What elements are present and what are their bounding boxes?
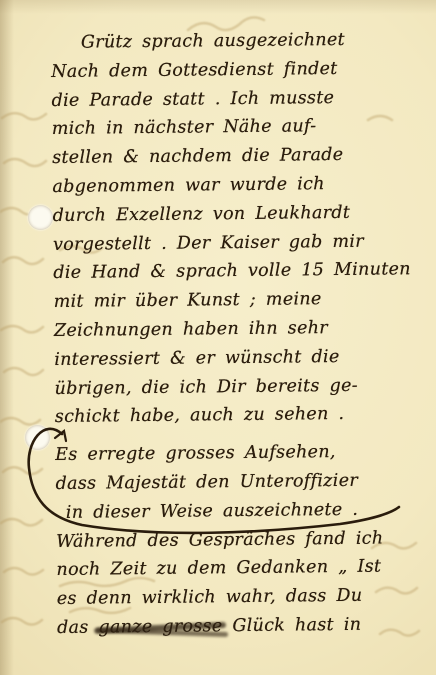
letter-line: mich in nächster Nähe auf- (52, 111, 428, 144)
letter-line: Während des Gespräches fand ich (56, 524, 432, 557)
letter-line: schickt habe, auch zu sehen . (55, 399, 431, 432)
letter-line: durch Exzellenz von Leukhardt (53, 198, 429, 231)
letter-line: es denn wirklich wahr, dass Du (57, 581, 433, 614)
letter-line: die Parade statt . Ich musste (51, 83, 427, 116)
letter-line: vorgestellt . Der Kaiser gab mir (53, 227, 429, 260)
punch-hole-bottom (25, 425, 50, 450)
letter-line: interessiert & er wünscht die (54, 342, 430, 375)
letter-line: Zeichnungen haben ihn sehr (54, 313, 430, 346)
letter-line: stellen & nachdem die Parade (52, 140, 428, 173)
letter-line: Grütz sprach ausgezeichnet (51, 25, 427, 58)
letter-line-with-strikeout: das ganze grosse Glück hast in (57, 610, 433, 643)
letter-line-underlined: in dieser Weise auszeichnete . (56, 495, 432, 528)
letter-line: mit mir über Kunst ; meine (54, 284, 430, 317)
letter-line: Es erregte grosses Aufsehen, (55, 437, 431, 470)
letter-line: die Hand & sprach volle 15 Minuten (53, 255, 429, 288)
letter-line: übrigen, die ich Dir bereits ge- (54, 371, 430, 404)
letter-line: Nach dem Gottesdienst findet (51, 54, 427, 87)
last-line-suffix: Glück hast in (222, 615, 361, 636)
punch-hole-top (28, 205, 53, 230)
struck-out-words: ganze grosse (98, 612, 222, 642)
letter-line: dass Majestät den Unteroffizier (55, 466, 431, 499)
letter-line: abgenommen war wurde ich (52, 169, 428, 202)
letter-line: noch Zeit zu dem Gedanken „ Ist (56, 552, 432, 585)
last-line-prefix: das (57, 617, 99, 637)
letter-body: Grütz sprach ausgezeichnet Nach dem Gott… (51, 25, 433, 643)
